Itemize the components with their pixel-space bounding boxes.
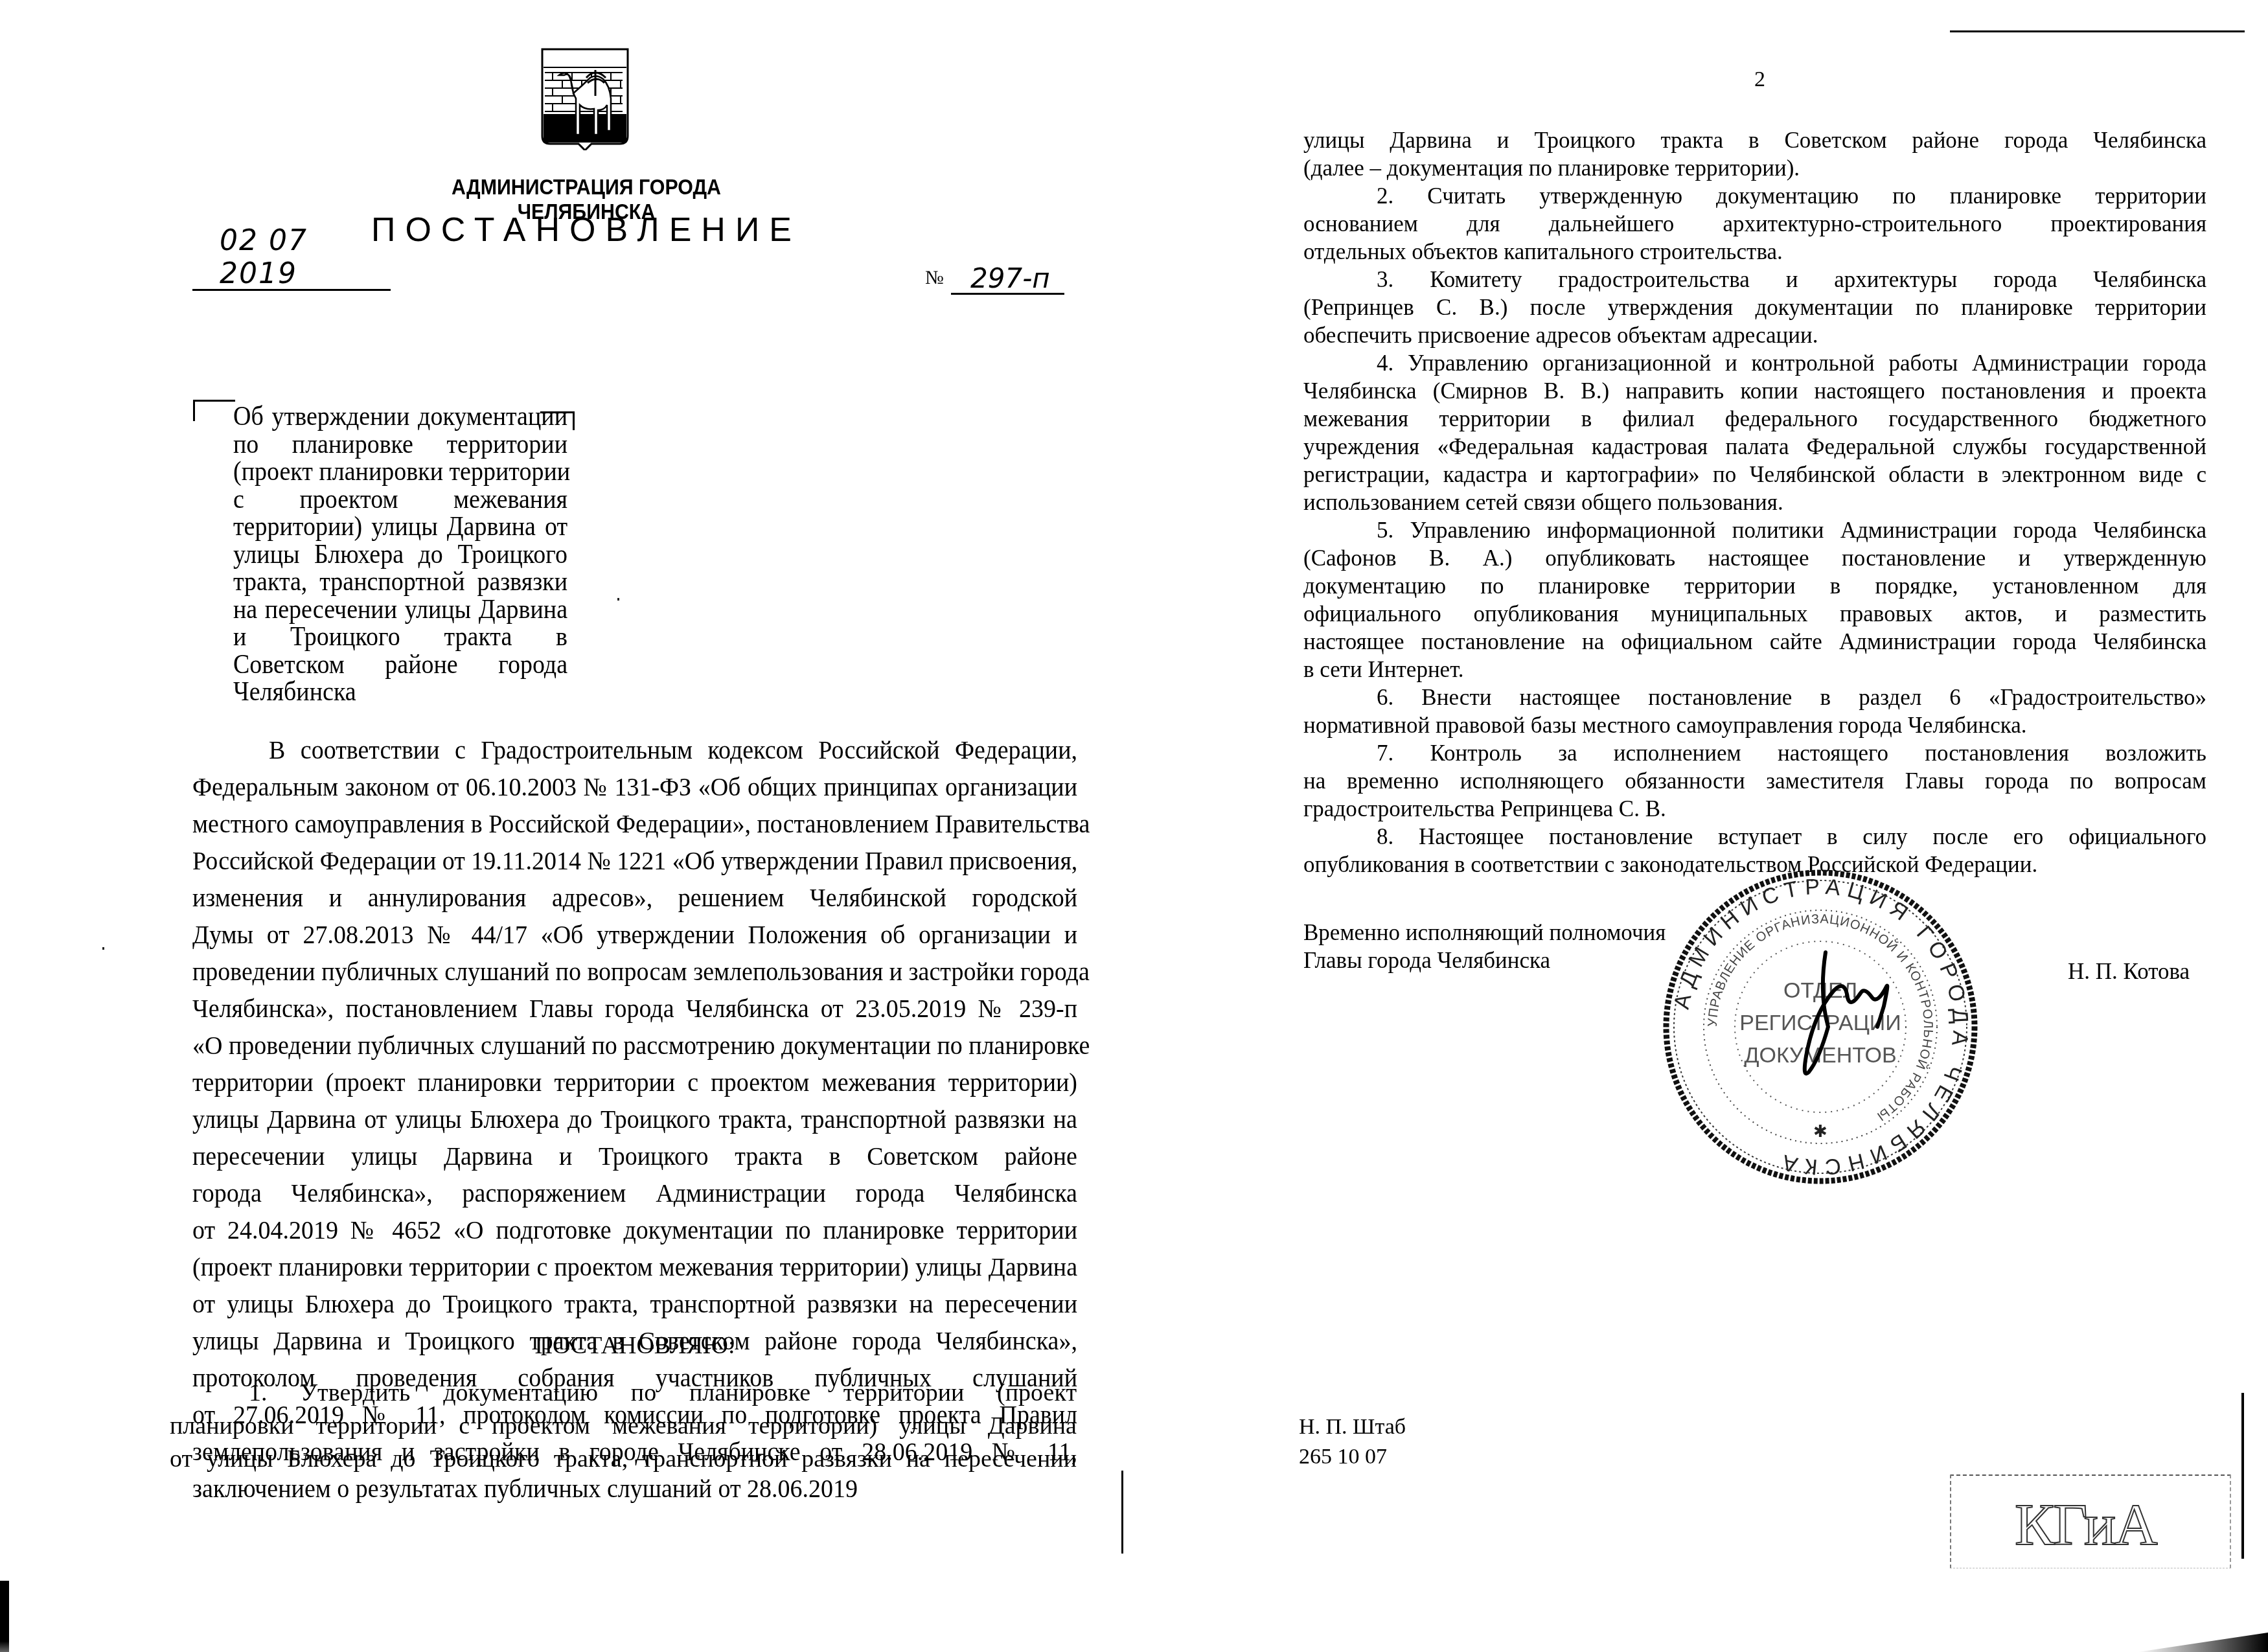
decree-heading: ПОСТАНОВЛЯЮ: xyxy=(192,1331,1077,1360)
text-line: 2. Считать утвержденную документацию по … xyxy=(1303,182,2206,210)
text-line: отдельных объектов капитального строител… xyxy=(1303,238,2206,266)
document-type-heading: ПОСТАНОВЛЕНИЕ xyxy=(363,211,810,249)
scan-speck xyxy=(102,947,104,950)
text-line: 5. Управлению информационной политики Ад… xyxy=(1303,516,2206,544)
decree-item: 3. Комитету градостроительства и архитек… xyxy=(1303,266,2206,349)
camel-emblem-icon xyxy=(540,47,630,150)
text-line: Федеральным законом от 06.10.2003 № 131-… xyxy=(192,768,1077,807)
text-line: настоящее постановление на официальном с… xyxy=(1303,628,2206,656)
document-title: Об утверждении документациипо планировке… xyxy=(233,403,567,706)
decree-item-1: 1. Утвердить документацию по планировке … xyxy=(170,1377,1077,1476)
text-line: Советском районе города xyxy=(233,649,567,680)
routing-stamp-box: КГиА xyxy=(1950,1474,2231,1568)
text-line: в сети Интернет. xyxy=(1303,656,2206,683)
seal-icon: АДМИНИСТРАЦИЯ ГОРОДА ЧЕЛЯБИНСКА УПРАВЛЕН… xyxy=(1658,865,1982,1189)
text-line: на пересечении улицы Дарвина xyxy=(233,594,567,625)
signatory-position-line2: Главы города Челябинска xyxy=(1303,946,1666,974)
text-line: 3. Комитету градостроительства и архитек… xyxy=(1303,266,2206,293)
text-line: (проект планировки территории с проектом… xyxy=(192,1248,1077,1287)
text-line: 6. Внести настоящее постановление в разд… xyxy=(1303,683,2206,711)
text-line: с проектом межевания xyxy=(233,484,567,515)
text-line: (Сафонов В. А.) опубликовать настоящее п… xyxy=(1303,544,2206,572)
scan-artifact-rule xyxy=(1950,30,2245,32)
signatory-position: Временно исполняющий полномочия Главы го… xyxy=(1303,919,1666,974)
text-line: Думы от 27.08.2013 № 44/17 «Об утвержден… xyxy=(192,916,1077,955)
text-line: межевания территории в филиал федерально… xyxy=(1303,405,2206,433)
decree-item: 5. Управлению информационной политики Ад… xyxy=(1303,516,2206,683)
text-line: тракта, транспортной развязки xyxy=(233,566,567,597)
seal-star-icon: ✱ xyxy=(1813,1122,1827,1141)
decree-item: 6. Внести настоящее постановление в разд… xyxy=(1303,683,2206,739)
text-line: регистрации, кадастра и картографии» по … xyxy=(1303,461,2206,488)
text-line: обеспечить присвоение адресов объектам а… xyxy=(1303,321,2206,349)
text-line: изменения и аннулирования адресов», реше… xyxy=(192,879,1077,918)
text-line: Челябинска (Смирнов В. В.) направить коп… xyxy=(1303,377,2206,405)
text-line: Челябинска», постановлением Главы города… xyxy=(192,990,1077,1029)
scan-artifact-line xyxy=(2241,1393,2244,1559)
text-line: (далее – документация по планировке терр… xyxy=(1303,154,2206,182)
executor-phone: 265 10 07 xyxy=(1299,1442,1406,1472)
text-line: от 24.04.2019 № 4652 «О подготовке докум… xyxy=(192,1211,1077,1250)
text-line: территории (проект планировки территории… xyxy=(192,1064,1077,1103)
text-line: градостроительства Репринцева С. В. xyxy=(1303,795,2206,823)
text-line: улицы Блюхера до Троицкого xyxy=(233,539,567,570)
text-line: 8. Настоящее постановление вступает в си… xyxy=(1303,823,2206,851)
decree-item: улицы Дарвина и Троицкого тракта в Совет… xyxy=(1303,126,2206,182)
document-number-handwritten: 297-п xyxy=(970,262,1050,294)
text-line: учреждения «Федеральная кадастровая пала… xyxy=(1303,433,2206,461)
text-line: использованием сетей связи общего пользо… xyxy=(1303,488,2206,516)
scan-edge-shadow-left xyxy=(0,1581,9,1652)
scan-edge-shadow-right xyxy=(2138,1633,2268,1652)
text-line: нормативной правовой базы местного самоу… xyxy=(1303,711,2206,739)
text-line: документацию по планировке территории в … xyxy=(1303,572,2206,600)
text-line: города Челябинска», распоряжением Админи… xyxy=(192,1175,1077,1213)
document-date-handwritten: 02 07 2019 xyxy=(220,224,391,290)
text-line: 4. Управлению организационной и контроль… xyxy=(1303,349,2206,377)
text-line: официального опубликования муниципальных… xyxy=(1303,600,2206,628)
executor-name: Н. П. Штаб xyxy=(1299,1412,1406,1442)
text-line: планировки территории с проектом межеван… xyxy=(170,1410,1077,1443)
text-line: 7. Контроль за исполнением настоящего по… xyxy=(1303,739,2206,767)
official-seal-stamp: АДМИНИСТРАЦИЯ ГОРОДА ЧЕЛЯБИНСКА УПРАВЛЕН… xyxy=(1658,865,1982,1189)
decree-item: 2. Считать утвержденную документацию по … xyxy=(1303,182,2206,266)
text-line: (проект планировки территории xyxy=(233,456,567,487)
text-line: Челябинска xyxy=(233,676,567,707)
text-line: улицы Дарвина от улицы Блюхера до Троицк… xyxy=(192,1101,1077,1140)
coat-of-arms-emblem xyxy=(540,47,630,150)
text-line: на временно исполняющего обязанности зам… xyxy=(1303,767,2206,795)
text-line: от улицы Блюхера до Троицкого тракта, тр… xyxy=(192,1285,1077,1324)
decree-item: 4. Управлению организационной и контроль… xyxy=(1303,349,2206,516)
page-number: 2 xyxy=(1754,67,1765,92)
text-line: местного самоуправления в Российской Фед… xyxy=(192,805,1077,844)
text-line: «О проведении публичных слушаний по расс… xyxy=(192,1027,1077,1066)
signatory-position-line1: Временно исполняющий полномочия xyxy=(1303,919,1666,946)
document-number-label: № xyxy=(925,267,944,289)
signatory-name: Н. П. Котова xyxy=(2068,959,2190,985)
text-line: по планировке территории xyxy=(233,429,567,460)
scan-speck xyxy=(617,598,619,601)
text-line: и Троицкого тракта в xyxy=(233,621,567,652)
decree-items-2-8: улицы Дарвина и Троицкого тракта в Совет… xyxy=(1303,126,2206,878)
document-date-field: 02 07 2019 xyxy=(192,251,391,291)
text-line: улицы Дарвина и Троицкого тракта в Совет… xyxy=(1303,126,2206,154)
text-line: (Репринцев С. В.) после утверждения доку… xyxy=(1303,293,2206,321)
executor-info: Н. П. Штаб 265 10 07 xyxy=(1299,1412,1406,1472)
text-line: В соответствии с Градостроительным кодек… xyxy=(192,731,1077,770)
decree-item: 7. Контроль за исполнением настоящего по… xyxy=(1303,739,2206,823)
text-line: основанием для дальнейшего архитектурно-… xyxy=(1303,210,2206,238)
title-bracket-left xyxy=(193,400,235,421)
text-line: проведении публичных слушаний по вопроса… xyxy=(192,953,1077,992)
scan-artifact-line xyxy=(1121,1471,1123,1554)
text-line: пересечении улицы Дарвина и Троицкого тр… xyxy=(192,1138,1077,1176)
routing-stamp-text: КГиА xyxy=(2015,1490,2157,1559)
text-line: территории) улицы Дарвина от xyxy=(233,511,567,542)
text-line: от улицы Блюхера до Троицкого тракта, тр… xyxy=(170,1443,1077,1476)
text-line: Российской Федерации от 19.11.2014 № 122… xyxy=(192,842,1077,881)
text-line: Об утверждении документации xyxy=(233,401,567,432)
document-number-field: 297-п xyxy=(951,254,1064,295)
text-line: 1. Утвердить документацию по планировке … xyxy=(170,1377,1077,1410)
